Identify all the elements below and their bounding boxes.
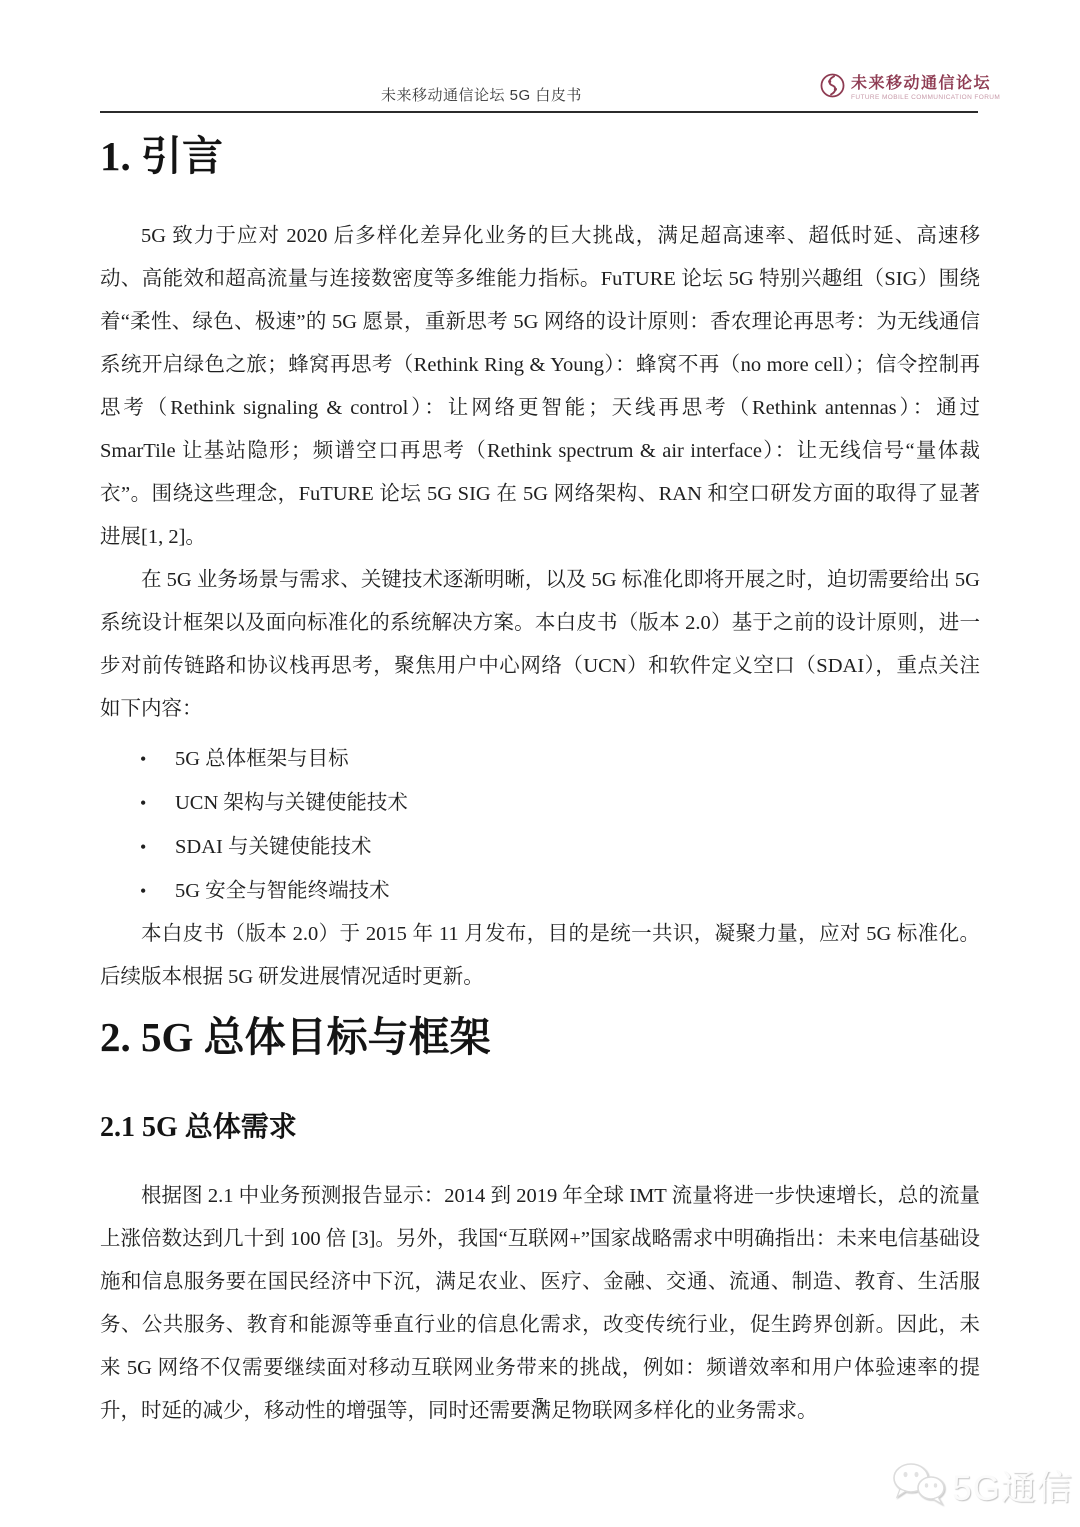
bullet-icon: • (140, 825, 175, 869)
section-1-heading: 1. 引言 (100, 132, 980, 181)
forum-logo-icon (820, 73, 845, 103)
list-item-label: UCN 架构与关键使能技术 (175, 781, 408, 825)
bullet-icon: • (140, 869, 175, 913)
forum-logo-text: 未来移动通信论坛 FUTURE MOBILE COMMUNICATION FOR… (851, 75, 1000, 102)
bullet-icon: • (140, 781, 175, 825)
forum-logo-name: 未来移动通信论坛 (851, 75, 1000, 93)
list-item: • SDAI 与关键使能技术 (100, 825, 980, 869)
wechat-icon (890, 1460, 948, 1511)
paragraph-intro-3: 本白皮书（版本 2.0）于 2015 年 11 月发布，目的是统一共识，凝聚力量… (100, 913, 980, 999)
list-item: • 5G 安全与智能终端技术 (100, 869, 980, 913)
list-item-label: SDAI 与关键使能技术 (175, 825, 371, 869)
document-page: 未来移动通信论坛 5G 白皮书 未来移动通信论坛 FUTURE MOBILE C… (0, 0, 1080, 1527)
page-number: 5 (0, 1396, 1080, 1414)
section-2-1-heading: 2.1 5G 总体需求 (100, 1110, 980, 1146)
section-2-heading: 2. 5G 总体目标与框架 (100, 1013, 980, 1062)
header-divider (100, 111, 978, 113)
paragraph-intro-2: 在 5G 业务场景与需求、关键技术逐渐明晰，以及 5G 标准化即将开展之时，迫切… (100, 559, 980, 731)
forum-logo: 未来移动通信论坛 FUTURE MOBILE COMMUNICATION FOR… (820, 73, 1000, 103)
paragraph-intro-1: 5G 致力于应对 2020 后多样化差异化业务的巨大挑战，满足超高速率、超低时延… (100, 215, 980, 559)
list-item: • UCN 架构与关键使能技术 (100, 781, 980, 825)
list-item-label: 5G 安全与智能终端技术 (175, 869, 390, 913)
list-item: • 5G 总体框架与目标 (100, 737, 980, 781)
focus-topics-list: • 5G 总体框架与目标 • UCN 架构与关键使能技术 • SDAI 与关键使… (100, 737, 980, 913)
paragraph-requirements: 根据图 2.1 中业务预测报告显示：2014 到 2019 年全球 IMT 流量… (100, 1175, 980, 1433)
running-header-title: 未来移动通信论坛 5G 白皮书 (381, 84, 582, 105)
document-body: 1. 引言 5G 致力于应对 2020 后多样化差异化业务的巨大挑战，满足超高速… (100, 128, 980, 1433)
forum-logo-subtitle: FUTURE MOBILE COMMUNICATION FORUM (851, 94, 1000, 101)
bullet-icon: • (140, 737, 175, 781)
watermark-label: 5G通信 (952, 1461, 1073, 1511)
channel-watermark: 5G通信 (890, 1460, 1073, 1511)
list-item-label: 5G 总体框架与目标 (175, 737, 349, 781)
